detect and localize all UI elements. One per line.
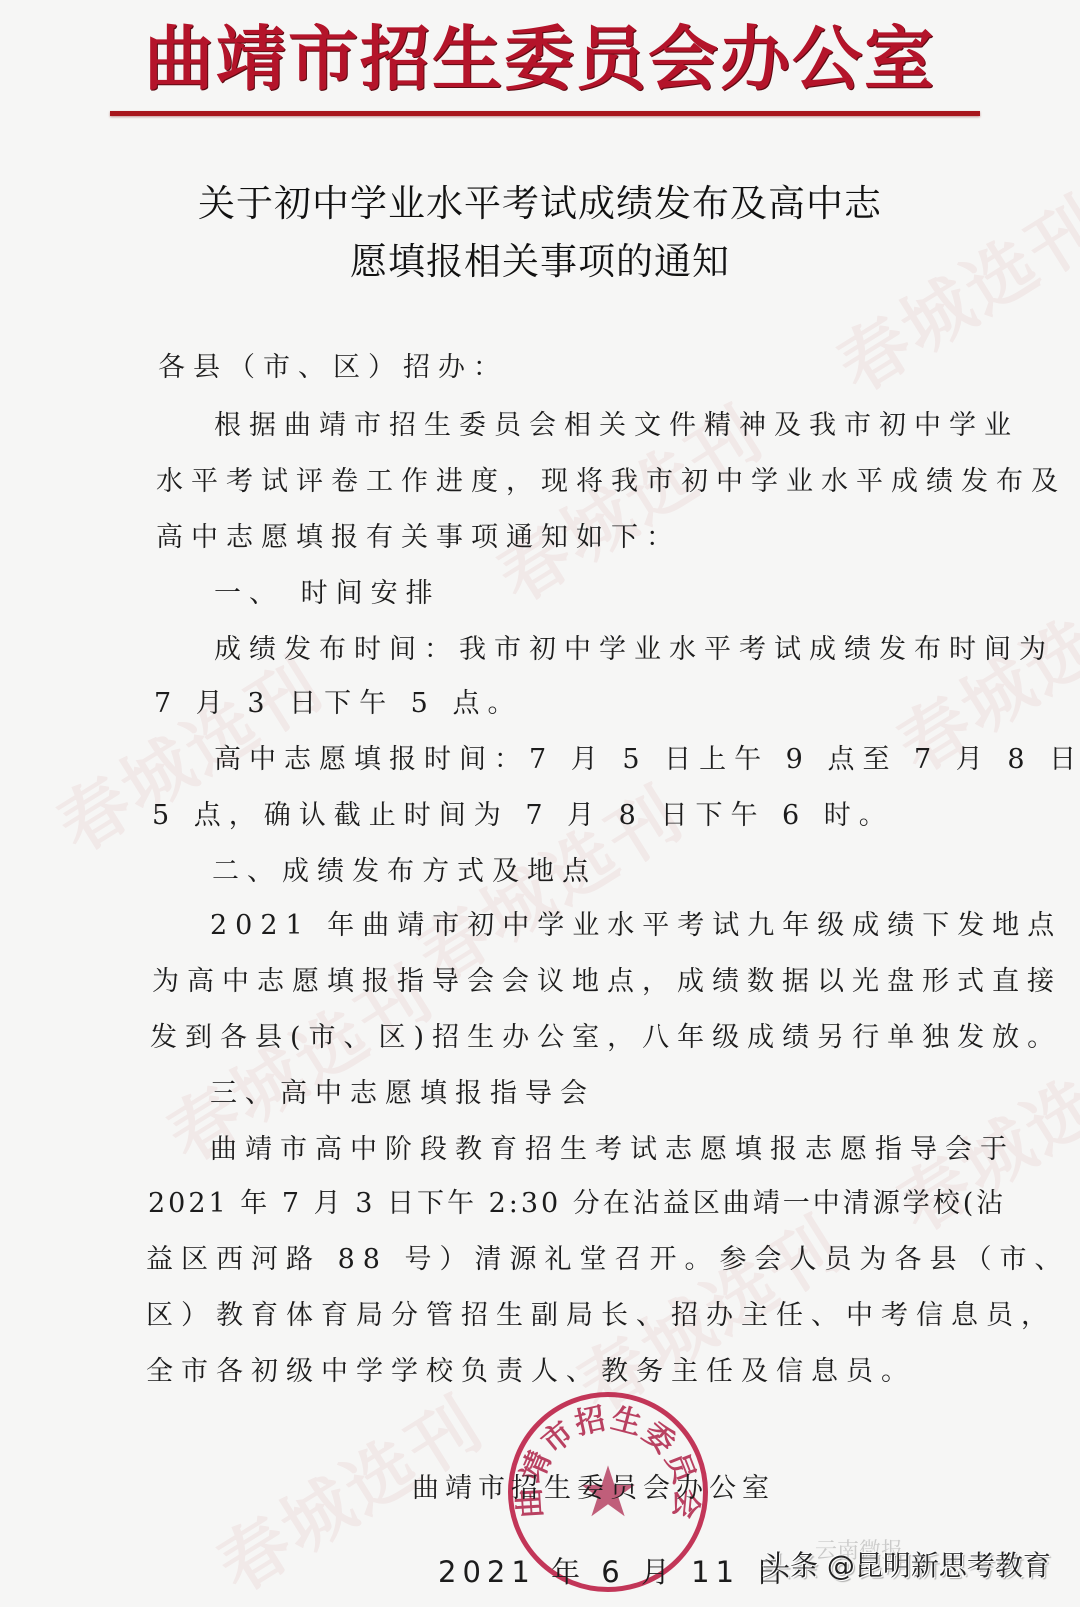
section-line: 曲靖市高中阶段教育招生考试志愿填报志愿指导会于 [210,1130,1015,1170]
intro-line: 根据曲靖市招生委员会相关文件精神及我市初中学业 [214,406,1019,446]
section-line: 发到各县(市、区)招生办公室，八年级成绩另行单独发放。 [150,1018,1062,1058]
issuer-name: 曲靖市招生委员会办公室 [412,1466,775,1505]
section-line: 为高中志愿填报指导会会议地点，成绩数据以光盘形式直接 [152,962,1062,1002]
section-line: 2021 年曲靖市初中学业水平考试九年级成绩下发地点 [210,906,1062,946]
issue-date: 2021 年 6 月 11 日 [438,1550,790,1591]
intro-line: 水平考试评卷工作进度，现将我市初中学业水平成绩发布及 [156,462,1066,502]
source-credit: 头条 @昆明新思考教育 [762,1544,1051,1584]
document-title-line-1: 关于初中学业水平考试成绩发布及高中志 [0,174,1080,234]
section-line: 2021 年 7 月 3 日下午 2:30 分在沾益区曲靖一中清源学校(沾 [148,1184,1006,1224]
section-line: 7 月 3 日下午 5 点。 [154,684,522,724]
section-line: 成绩发布时间：我市初中学业水平考试成绩发布时间为 [214,630,1054,670]
salutation: 各县（市、区）招办： [158,348,508,388]
section-heading-release-method: 二、成绩发布方式及地点 [212,852,597,892]
section-line: 高中志愿填报时间：7 月 5 日上午 9 点至 7 月 8 日下午 [214,740,1080,780]
section-line: 5 点，确认截止时间为 7 月 8 日下午 6 时。 [152,796,894,836]
section-heading-schedule: 一、 时间安排 [214,574,441,614]
section-heading-guidance-meeting: 三、高中志愿填报指导会 [210,1074,595,1114]
letterhead-rule [110,111,980,116]
section-line: 区）教育体育局分管招生副局长、招办主任、中考信息员， [146,1296,1056,1336]
intro-line: 高中志愿填报有关事项通知如下： [156,518,681,558]
document-title-line-2: 愿填报相关事项的通知 [0,232,1080,292]
section-line: 益区西河路 88 号）清源礼堂召开。参会人员为各县（市、 [146,1240,1070,1280]
letterhead-title: 曲靖市招生委员会办公室 [0,14,1080,104]
section-line: 全市各初级中学学校负责人、教务主任及信息员。 [146,1352,916,1392]
